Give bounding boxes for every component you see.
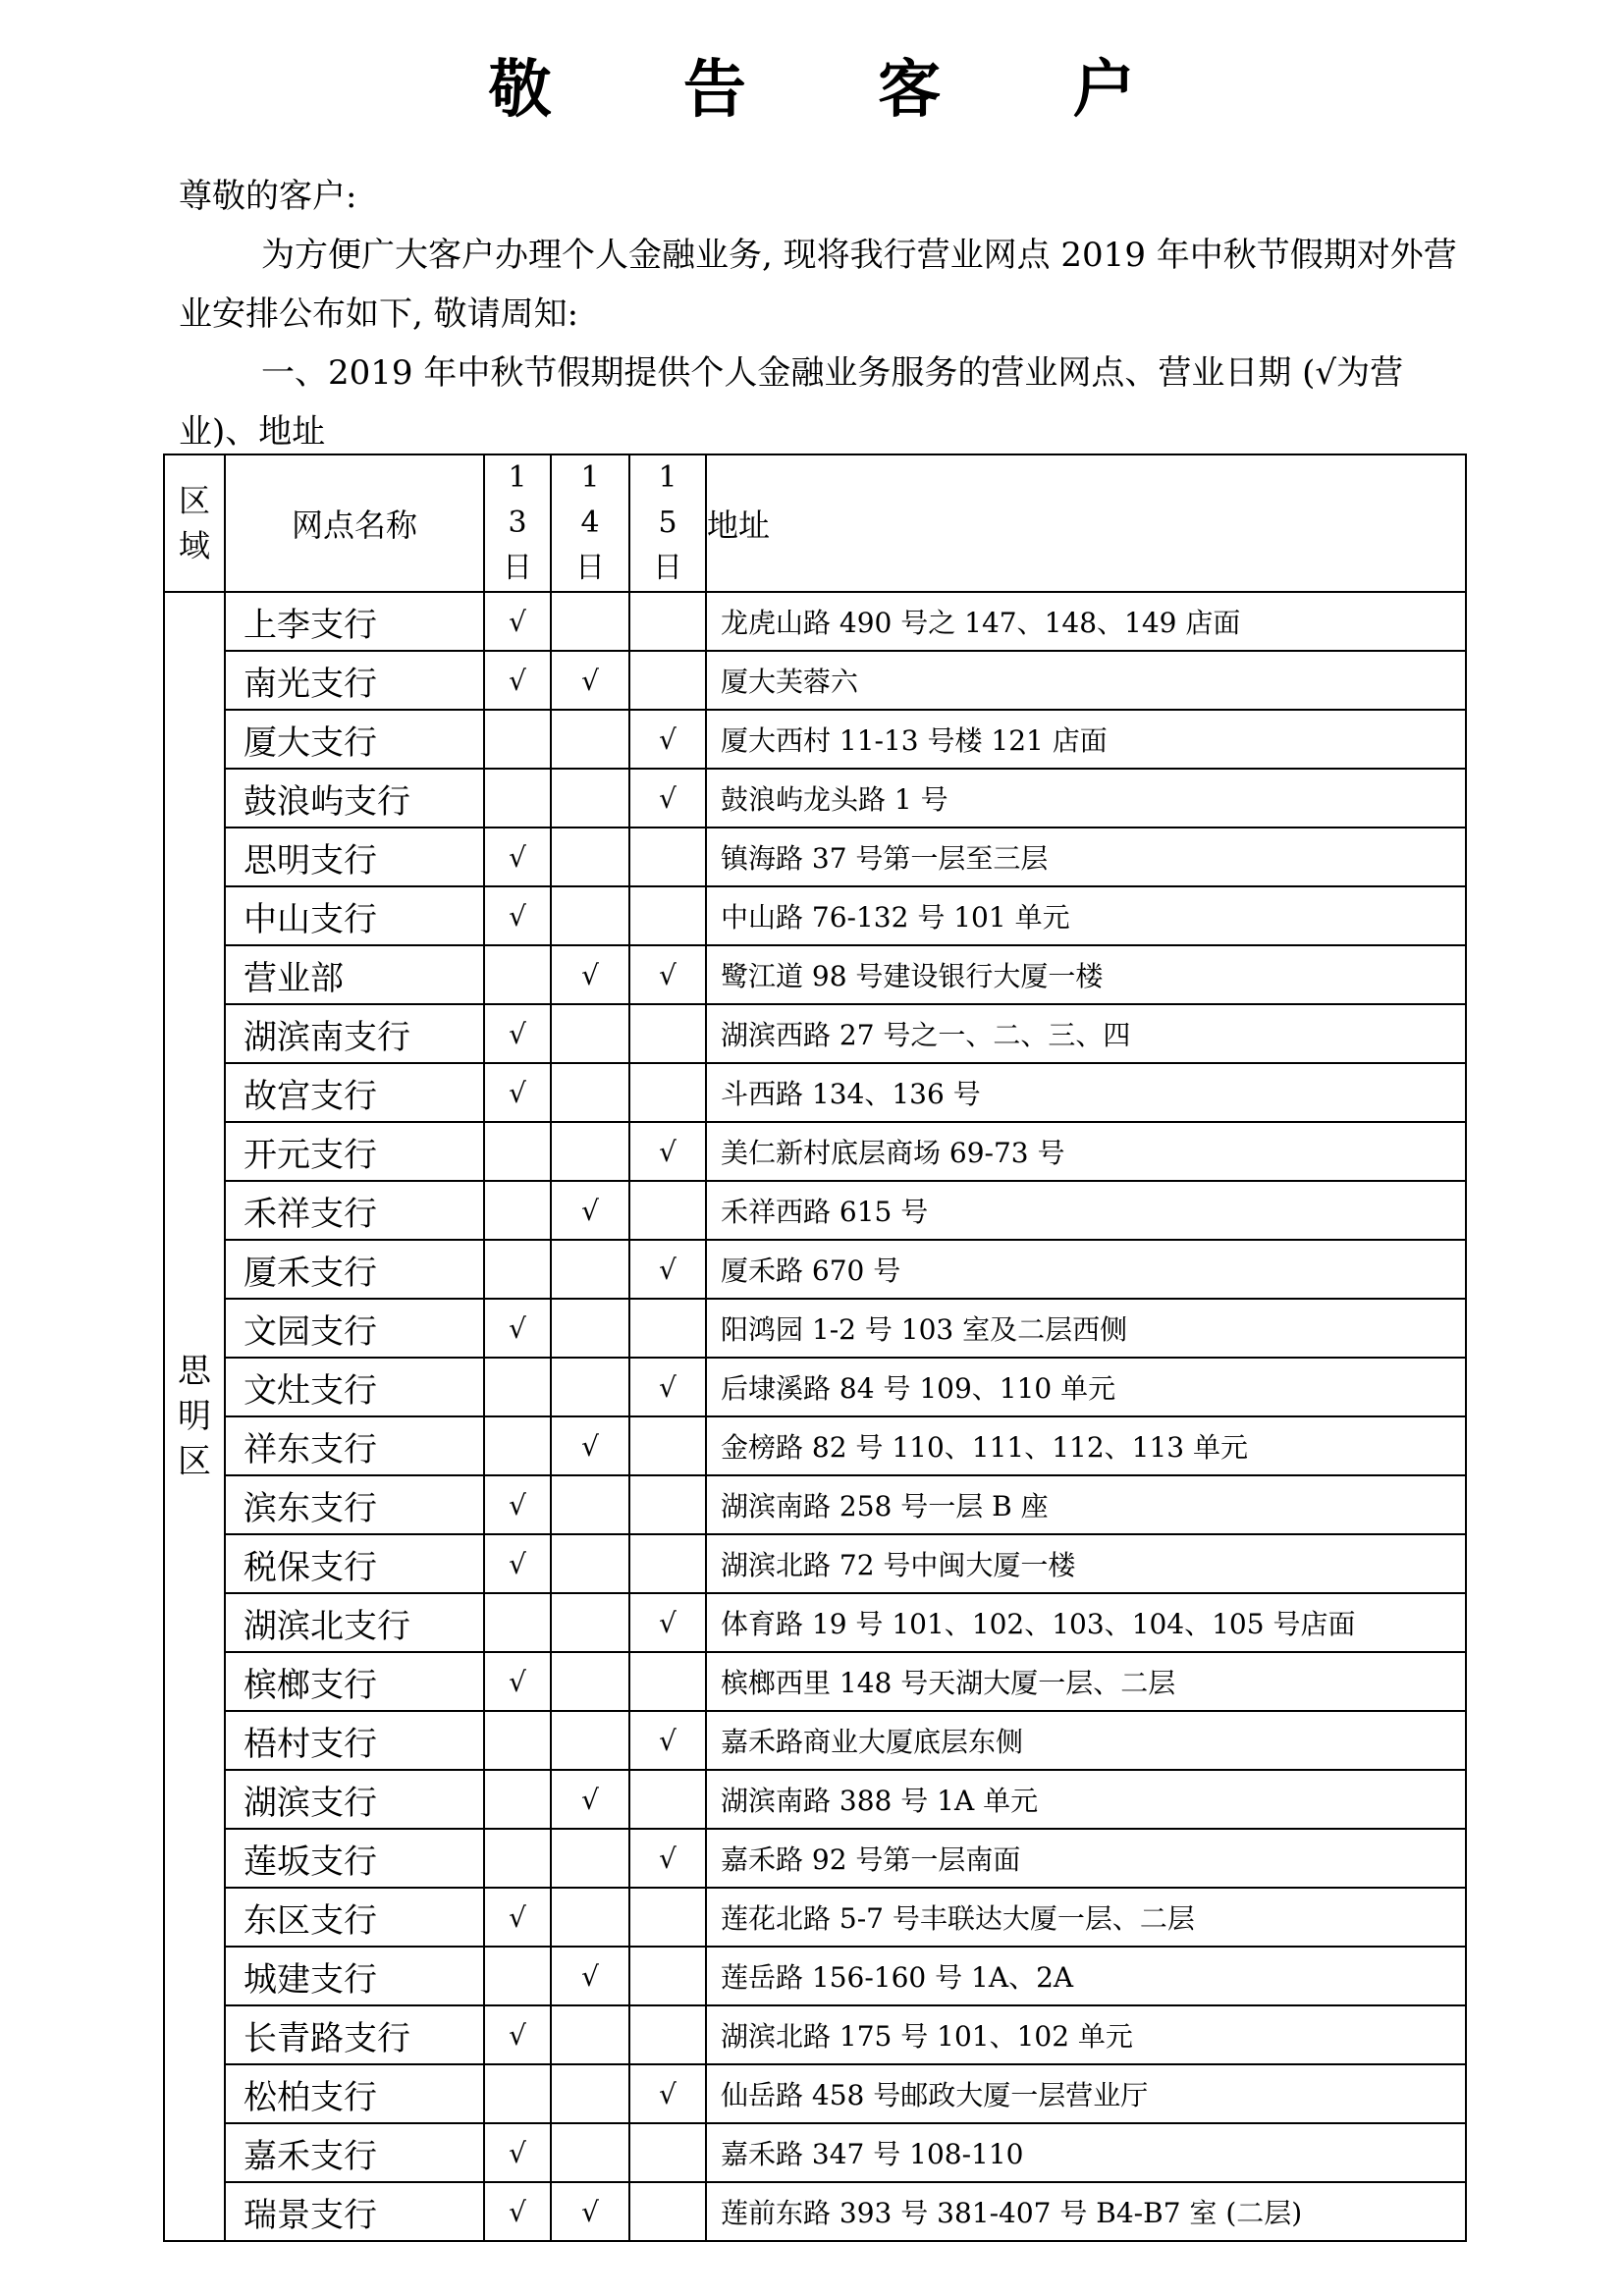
branch-name: 故宫支行: [225, 1063, 484, 1122]
open-14-cell: √: [551, 2182, 629, 2241]
page-title: 敬 告 客 户: [0, 51, 1624, 130]
branch-address: 嘉禾路商业大厦底层东侧: [706, 1711, 1466, 1770]
branch-address: 中山路 76-132 号 101 单元: [706, 886, 1466, 945]
open-15-cell: √: [629, 1711, 706, 1770]
branch-address: 禾祥西路 615 号: [706, 1181, 1466, 1240]
branch-name: 禾祥支行: [225, 1181, 484, 1240]
open-15-cell: [629, 1534, 706, 1593]
table-row: 厦禾支行√厦禾路 670 号: [164, 1240, 1466, 1299]
open-14-cell: √: [551, 1947, 629, 2005]
branch-address: 龙虎山路 490 号之 147、148、149 店面: [706, 592, 1466, 651]
open-14-cell: [551, 592, 629, 651]
branch-address: 厦禾路 670 号: [706, 1240, 1466, 1299]
header-day-13: 13日: [484, 454, 551, 592]
branch-name: 上李支行: [225, 592, 484, 651]
region-label: 思明区: [177, 1349, 212, 1484]
branch-name: 南光支行: [225, 651, 484, 710]
table-row: 长青路支行√湖滨北路 175 号 101、102 单元: [164, 2005, 1466, 2064]
open-15-cell: [629, 1888, 706, 1947]
open-15-cell: √: [629, 1358, 706, 1416]
branch-address: 莲花北路 5-7 号丰联达大厦一层、二层: [706, 1888, 1466, 1947]
open-13-cell: √: [484, 1063, 551, 1122]
branch-name: 湖滨支行: [225, 1770, 484, 1829]
branch-address: 鼓浪屿龙头路 1 号: [706, 769, 1466, 828]
open-15-cell: [629, 1299, 706, 1358]
open-13-cell: [484, 1181, 551, 1240]
branch-name: 营业部: [225, 945, 484, 1004]
branch-address: 体育路 19 号 101、102、103、104、105 号店面: [706, 1593, 1466, 1652]
open-14-cell: [551, 1358, 629, 1416]
branch-name: 开元支行: [225, 1122, 484, 1181]
open-14-cell: [551, 1593, 629, 1652]
table-row: 槟榔支行√槟榔西里 148 号天湖大厦一层、二层: [164, 1652, 1466, 1711]
open-13-cell: [484, 1240, 551, 1299]
table-row: 税保支行√湖滨北路 72 号中闽大厦一楼: [164, 1534, 1466, 1593]
branch-address: 莲岳路 156-160 号 1A、2A: [706, 1947, 1466, 2005]
open-15-cell: [629, 1947, 706, 2005]
open-15-cell: √: [629, 2064, 706, 2123]
table-row: 开元支行√美仁新村底层商场 69-73 号: [164, 1122, 1466, 1181]
branch-name: 文园支行: [225, 1299, 484, 1358]
open-15-cell: [629, 592, 706, 651]
open-15-cell: [629, 1475, 706, 1534]
table-row: 鼓浪屿支行√鼓浪屿龙头路 1 号: [164, 769, 1466, 828]
branch-address: 鹭江道 98 号建设银行大厦一楼: [706, 945, 1466, 1004]
table-row: 松柏支行√仙岳路 458 号邮政大厦一层营业厅: [164, 2064, 1466, 2123]
open-13-cell: √: [484, 886, 551, 945]
open-15-cell: √: [629, 769, 706, 828]
table-row: 营业部√√鹭江道 98 号建设银行大厦一楼: [164, 945, 1466, 1004]
table-row: 瑞景支行√√莲前东路 393 号 381-407 号 B4-B7 室 (二层): [164, 2182, 1466, 2241]
open-14-cell: √: [551, 1181, 629, 1240]
open-14-cell: [551, 1240, 629, 1299]
open-14-cell: [551, 2064, 629, 2123]
open-15-cell: [629, 2182, 706, 2241]
branch-name: 长青路支行: [225, 2005, 484, 2064]
open-13-cell: [484, 945, 551, 1004]
open-15-cell: [629, 828, 706, 886]
branch-address: 嘉禾路 347 号 108-110: [706, 2123, 1466, 2182]
open-13-cell: [484, 1416, 551, 1475]
open-13-cell: [484, 1358, 551, 1416]
open-14-cell: [551, 1122, 629, 1181]
branch-address: 湖滨北路 72 号中闽大厦一楼: [706, 1534, 1466, 1593]
open-13-cell: [484, 1947, 551, 2005]
branch-name: 祥东支行: [225, 1416, 484, 1475]
open-14-cell: [551, 769, 629, 828]
open-14-cell: [551, 1299, 629, 1358]
open-13-cell: √: [484, 1888, 551, 1947]
header-name: 网点名称: [225, 454, 484, 592]
table-row: 故宫支行√斗西路 134、136 号: [164, 1063, 1466, 1122]
branch-name: 莲坂支行: [225, 1829, 484, 1888]
table-row: 祥东支行√金榜路 82 号 110、111、112、113 单元: [164, 1416, 1466, 1475]
open-13-cell: √: [484, 1534, 551, 1593]
branch-address: 嘉禾路 92 号第一层南面: [706, 1829, 1466, 1888]
table-row: 禾祥支行√禾祥西路 615 号: [164, 1181, 1466, 1240]
header-day-13-label: 13日: [500, 455, 535, 591]
table-row: 梧村支行√嘉禾路商业大厦底层东侧: [164, 1711, 1466, 1770]
open-15-cell: √: [629, 1593, 706, 1652]
open-13-cell: √: [484, 1299, 551, 1358]
branch-name: 湖滨北支行: [225, 1593, 484, 1652]
open-13-cell: √: [484, 1475, 551, 1534]
open-13-cell: √: [484, 2182, 551, 2241]
branch-address: 湖滨西路 27 号之一、二、三、四: [706, 1004, 1466, 1063]
table-row: 南光支行√√厦大芙蓉六: [164, 651, 1466, 710]
open-15-cell: √: [629, 1829, 706, 1888]
open-15-cell: [629, 886, 706, 945]
table-row: 滨东支行√湖滨南路 258 号一层 B 座: [164, 1475, 1466, 1534]
open-15-cell: [629, 2123, 706, 2182]
branch-name: 厦大支行: [225, 710, 484, 769]
table-row: 思明区上李支行√龙虎山路 490 号之 147、148、149 店面: [164, 592, 1466, 651]
branch-name: 滨东支行: [225, 1475, 484, 1534]
salutation: 尊敬的客户:: [179, 167, 1465, 226]
header-region: 区域: [164, 454, 225, 592]
open-13-cell: [484, 1829, 551, 1888]
open-14-cell: [551, 886, 629, 945]
open-13-cell: √: [484, 2005, 551, 2064]
branch-address: 莲前东路 393 号 381-407 号 B4-B7 室 (二层): [706, 2182, 1466, 2241]
branch-address: 湖滨北路 175 号 101、102 单元: [706, 2005, 1466, 2064]
branch-name: 嘉禾支行: [225, 2123, 484, 2182]
open-13-cell: √: [484, 2123, 551, 2182]
branch-address: 斗西路 134、136 号: [706, 1063, 1466, 1122]
branch-name: 中山支行: [225, 886, 484, 945]
open-14-cell: [551, 1475, 629, 1534]
open-13-cell: [484, 1770, 551, 1829]
table-row: 文园支行√阳鸿园 1-2 号 103 室及二层西侧: [164, 1299, 1466, 1358]
open-15-cell: [629, 1770, 706, 1829]
open-14-cell: √: [551, 1416, 629, 1475]
open-13-cell: [484, 2064, 551, 2123]
open-14-cell: [551, 710, 629, 769]
open-15-cell: [629, 1652, 706, 1711]
open-15-cell: [629, 1004, 706, 1063]
open-15-cell: [629, 1063, 706, 1122]
table-row: 文灶支行√后埭溪路 84 号 109、110 单元: [164, 1358, 1466, 1416]
branch-address: 厦大芙蓉六: [706, 651, 1466, 710]
open-14-cell: [551, 2005, 629, 2064]
open-14-cell: √: [551, 1770, 629, 1829]
table-row: 湖滨北支行√体育路 19 号 101、102、103、104、105 号店面: [164, 1593, 1466, 1652]
open-14-cell: [551, 1652, 629, 1711]
table-row: 莲坂支行√嘉禾路 92 号第一层南面: [164, 1829, 1466, 1888]
open-13-cell: √: [484, 592, 551, 651]
open-14-cell: √: [551, 651, 629, 710]
open-15-cell: [629, 651, 706, 710]
branch-address: 阳鸿园 1-2 号 103 室及二层西侧: [706, 1299, 1466, 1358]
header-day-14: 14日: [551, 454, 629, 592]
branch-address: 美仁新村底层商场 69-73 号: [706, 1122, 1466, 1181]
table-row: 东区支行√莲花北路 5-7 号丰联达大厦一层、二层: [164, 1888, 1466, 1947]
open-15-cell: [629, 1181, 706, 1240]
table-row: 思明支行√镇海路 37 号第一层至三层: [164, 828, 1466, 886]
open-14-cell: [551, 1004, 629, 1063]
table-row: 嘉禾支行√嘉禾路 347 号 108-110: [164, 2123, 1466, 2182]
table-row: 湖滨南支行√湖滨西路 27 号之一、二、三、四: [164, 1004, 1466, 1063]
table-row: 中山支行√中山路 76-132 号 101 单元: [164, 886, 1466, 945]
branch-address: 槟榔西里 148 号天湖大厦一层、二层: [706, 1652, 1466, 1711]
region-cell: 思明区: [164, 592, 225, 2241]
open-13-cell: [484, 710, 551, 769]
branch-name: 思明支行: [225, 828, 484, 886]
branch-name: 税保支行: [225, 1534, 484, 1593]
branch-name: 厦禾支行: [225, 1240, 484, 1299]
open-13-cell: [484, 1122, 551, 1181]
branch-name: 文灶支行: [225, 1358, 484, 1416]
open-14-cell: [551, 1888, 629, 1947]
open-13-cell: √: [484, 651, 551, 710]
branch-schedule-table: 区域 网点名称 13日 14日 15日 地址 思明区上李支行√龙虎山路 490 …: [163, 454, 1467, 2242]
table-row: 厦大支行√厦大西村 11-13 号楼 121 店面: [164, 710, 1466, 769]
branch-address: 后埭溪路 84 号 109、110 单元: [706, 1358, 1466, 1416]
header-day-14-label: 14日: [572, 455, 608, 591]
open-13-cell: [484, 769, 551, 828]
open-14-cell: [551, 2123, 629, 2182]
branch-name: 东区支行: [225, 1888, 484, 1947]
table-row: 湖滨支行√湖滨南路 388 号 1A 单元: [164, 1770, 1466, 1829]
branch-address: 仙岳路 458 号邮政大厦一层营业厅: [706, 2064, 1466, 2123]
open-13-cell: √: [484, 1004, 551, 1063]
header-address: 地址: [706, 454, 1466, 592]
open-14-cell: [551, 1534, 629, 1593]
open-14-cell: [551, 1063, 629, 1122]
branch-name: 湖滨南支行: [225, 1004, 484, 1063]
branch-name: 城建支行: [225, 1947, 484, 2005]
open-15-cell: √: [629, 945, 706, 1004]
table-body: 思明区上李支行√龙虎山路 490 号之 147、148、149 店面南光支行√√…: [164, 592, 1466, 2241]
header-day-15: 15日: [629, 454, 706, 592]
header-region-label: 区域: [178, 478, 211, 568]
branch-address: 厦大西村 11-13 号楼 121 店面: [706, 710, 1466, 769]
open-13-cell: √: [484, 1652, 551, 1711]
open-13-cell: [484, 1711, 551, 1770]
section-1-heading: 一、2019 年中秋节假期提供个人金融业务服务的营业网点、营业日期 (√为营业)…: [179, 344, 1465, 461]
open-13-cell: √: [484, 828, 551, 886]
open-14-cell: [551, 1711, 629, 1770]
branch-address: 湖滨南路 258 号一层 B 座: [706, 1475, 1466, 1534]
open-15-cell: √: [629, 1240, 706, 1299]
open-15-cell: √: [629, 1122, 706, 1181]
open-14-cell: [551, 1829, 629, 1888]
branch-address: 湖滨南路 388 号 1A 单元: [706, 1770, 1466, 1829]
open-15-cell: [629, 1416, 706, 1475]
branch-address: 金榜路 82 号 110、111、112、113 单元: [706, 1416, 1466, 1475]
header-day-15-label: 15日: [650, 455, 685, 591]
open-14-cell: [551, 828, 629, 886]
intro-paragraph: 为方便广大客户办理个人金融业务, 现将我行营业网点 2019 年中秋节假期对外营…: [179, 226, 1465, 344]
branch-name: 松柏支行: [225, 2064, 484, 2123]
branch-name: 瑞景支行: [225, 2182, 484, 2241]
open-15-cell: [629, 2005, 706, 2064]
branch-name: 鼓浪屿支行: [225, 769, 484, 828]
table-row: 城建支行√莲岳路 156-160 号 1A、2A: [164, 1947, 1466, 2005]
table-header-row: 区域 网点名称 13日 14日 15日 地址: [164, 454, 1466, 592]
branch-name: 槟榔支行: [225, 1652, 484, 1711]
open-13-cell: [484, 1593, 551, 1652]
branch-address: 镇海路 37 号第一层至三层: [706, 828, 1466, 886]
branch-name: 梧村支行: [225, 1711, 484, 1770]
open-14-cell: √: [551, 945, 629, 1004]
open-15-cell: √: [629, 710, 706, 769]
